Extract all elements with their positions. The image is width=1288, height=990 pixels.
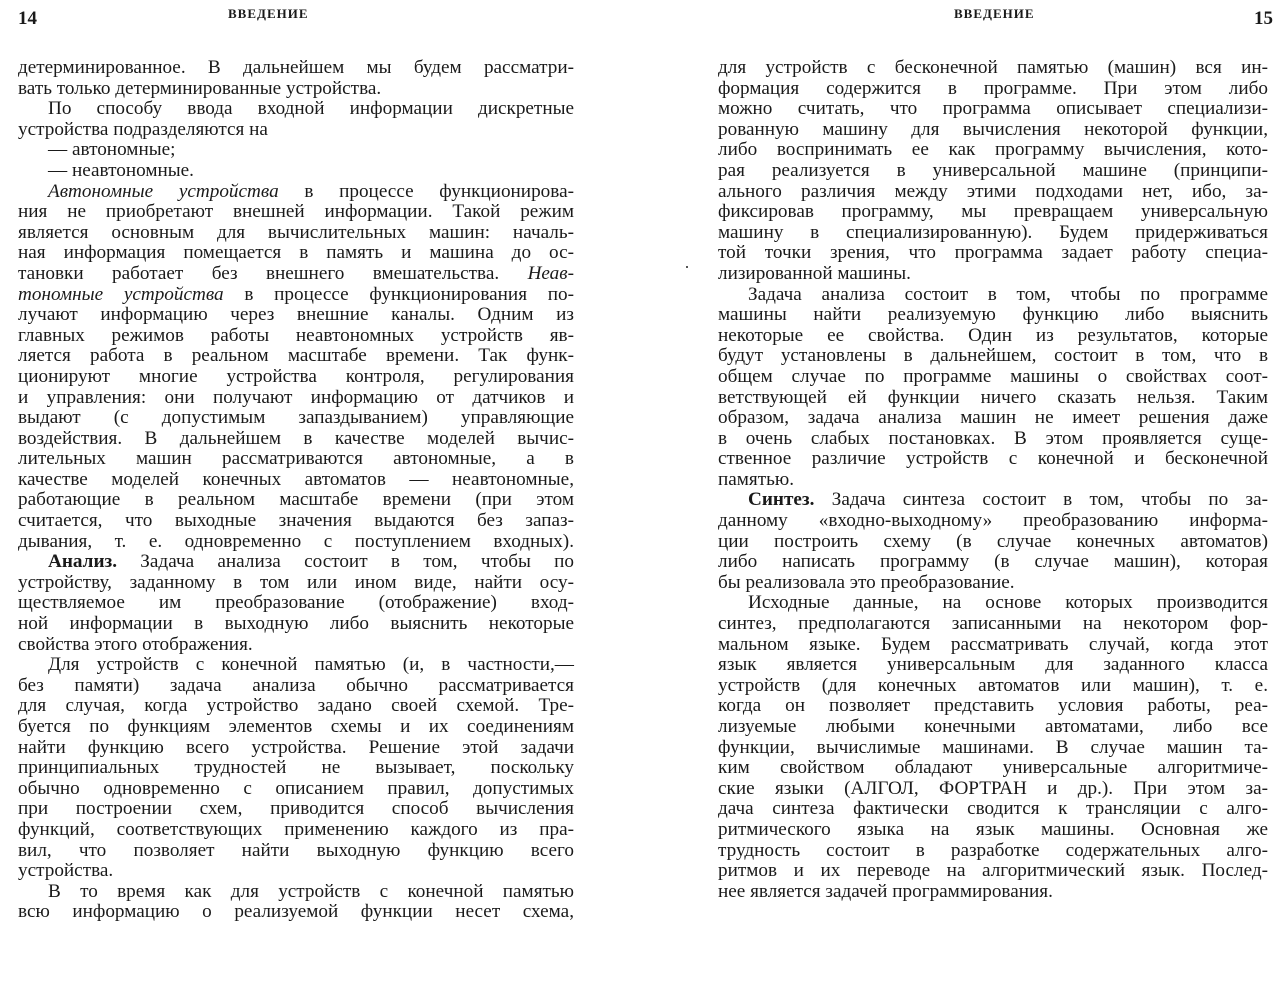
text-line: ритмов и их переводе на алгоритмический …: [718, 861, 1268, 882]
text-line: рая реализуется в универсальной машине (…: [718, 161, 1268, 182]
page-number: 14: [18, 8, 37, 30]
text-line: ские языки (АЛГОЛ, ФОРТРАН и др.). При э…: [718, 779, 1268, 800]
text-line: мальном языке. Будем рассматривать случа…: [718, 635, 1268, 656]
text-line: данному «входно-выходному» преобразовани…: [718, 511, 1268, 532]
text-line: Анализ. Задача анализа состоит в том, чт…: [18, 552, 574, 573]
text-line: общем случае по программе машины о свойс…: [718, 367, 1268, 388]
text-line: в очень слабых постановках. В этом прояв…: [718, 429, 1268, 450]
text-line: формация содержится в программе. При это…: [718, 79, 1268, 100]
text-line: образом, задача анализа машин не имеет р…: [718, 408, 1268, 429]
text-line: Синтез. Задача синтеза состоит в том, чт…: [718, 490, 1268, 511]
text-line: свойства этого отображения.: [18, 635, 574, 656]
text-line: либо воспринимать ее как программу вычис…: [718, 140, 1268, 161]
text-line: можно считать, что программа описывает с…: [718, 99, 1268, 120]
text-line: ритмического языка на язык машины. Основ…: [718, 820, 1268, 841]
text-line: ветствующей ей функции ничего сказать не…: [718, 388, 1268, 409]
text-line: По способу ввода входной информации диск…: [18, 99, 574, 120]
text-line: когда он позволяет представить условия р…: [718, 696, 1268, 717]
text-line: вать только детерминированные устройства…: [18, 79, 574, 100]
text-line: качестве моделей конечных автоматов — не…: [18, 470, 574, 491]
page-number: 15: [1254, 8, 1273, 30]
text-line: функции, вычислимые машинами. В случае м…: [718, 738, 1268, 759]
text-line: при построении схем, приводится способ в…: [18, 799, 574, 820]
text-line: бы реализовала это преобразование.: [718, 573, 1268, 594]
text-line: и управления: они получают информацию от…: [18, 388, 574, 409]
text-line: ляется работа в реальном масштабе времен…: [18, 346, 574, 367]
text-line: ции построить схему (в случае конечных а…: [718, 532, 1268, 553]
page-body: для устройств с бесконечной памятью (маш…: [718, 58, 1268, 902]
page-body: детерминированное. В дальнейшем мы будем…: [18, 58, 574, 923]
text-line: вил, что позволяет найти выходную функци…: [18, 841, 574, 862]
text-line: В то время как для устройств с конечной …: [18, 882, 574, 903]
text-line: главных режимов работы неавтономных устр…: [18, 326, 574, 347]
text-line: ния не приобретают внешней информации. Т…: [18, 202, 574, 223]
text-line: ственное различие устройств с конечной и…: [718, 449, 1268, 470]
text-line: функций, соответствующих применению кажд…: [18, 820, 574, 841]
text-line: той точки зрения, что программа задает р…: [718, 243, 1268, 264]
text-line: воздействия. В дальнейшем в качестве мод…: [18, 429, 574, 450]
text-line: тановки работает без внешнего вмешательс…: [18, 264, 574, 285]
text-line: Автономные устройства в процессе функцио…: [18, 182, 574, 203]
text-line: принципиальных трудностей не вызывает, п…: [18, 758, 574, 779]
text-line: лучают информацию через внешние каналы. …: [18, 305, 574, 326]
text-line: Для устройств с конечной памятью (и, в ч…: [18, 655, 574, 676]
text-line: некоторые ее свойства. Один из результат…: [718, 326, 1268, 347]
text-line: лительных машин рассматриваются автономн…: [18, 449, 574, 470]
text-line: трудность состоит в разработке содержате…: [718, 841, 1268, 862]
text-line: без памяти) задача анализа обычно рассма…: [18, 676, 574, 697]
text-line: — неавтономные.: [18, 161, 574, 182]
text-line: для устройств с бесконечной памятью (маш…: [718, 58, 1268, 79]
text-line: ществляемое им преобразование (отображен…: [18, 593, 574, 614]
text-line: ной информации в выходную либо выяснить …: [18, 614, 574, 635]
text-line: работающие в реальном масштабе времени (…: [18, 490, 574, 511]
running-head: ВВЕДЕНИЕ: [228, 6, 309, 22]
text-line: фиксировав программу, мы превращаем унив…: [718, 202, 1268, 223]
right-page: ВВЕДЕНИЕ 15 для устройств с бесконечной …: [690, 0, 1288, 990]
text-line: буется по функциям элементов схемы и их …: [18, 717, 574, 738]
text-line: рованную машину для вычисления некоторой…: [718, 120, 1268, 141]
text-line: машины найти реализуемую функцию либо вы…: [718, 305, 1268, 326]
text-line: Исходные данные, на основе которых произ…: [718, 593, 1268, 614]
text-line: ального различия между этими подходами н…: [718, 182, 1268, 203]
text-line: всю информацию о реализуемой функции нес…: [18, 902, 574, 923]
text-line: памятью.: [718, 470, 1268, 491]
text-line: язык является универсальным для заданног…: [718, 655, 1268, 676]
left-page: 14 ВВЕДЕНИЕ детерминированное. В дальней…: [0, 0, 600, 990]
text-line: Задача анализа состоит в том, чтобы по п…: [718, 285, 1268, 306]
text-line: выдают (с допустимым запаздыванием) упра…: [18, 408, 574, 429]
text-line: устройств (для конечных автоматов или ма…: [718, 676, 1268, 697]
text-line: ная информация помещается в память и маш…: [18, 243, 574, 264]
text-line: считается, что выходные значения выдаютс…: [18, 511, 574, 532]
text-line: детерминированное. В дальнейшем мы будем…: [18, 58, 574, 79]
text-line: является основным для вычислительных маш…: [18, 223, 574, 244]
text-line: — автономные;: [18, 140, 574, 161]
text-line: лизированной машины.: [718, 264, 1268, 285]
text-line: тономные устройства в процессе функциони…: [18, 285, 574, 306]
text-line: машину в специализированную). Будем прид…: [718, 223, 1268, 244]
text-line: устройству, заданному в том или ином вид…: [18, 573, 574, 594]
text-line: либо написать программу (в случае машин)…: [718, 552, 1268, 573]
text-line: нее является задачей программирования.: [718, 882, 1268, 903]
running-head: ВВЕДЕНИЕ: [954, 6, 1035, 22]
text-line: для случая, когда устройство задано свое…: [18, 696, 574, 717]
text-line: дывания, т. е. одновременно с поступлени…: [18, 532, 574, 553]
text-line: ким свойством обладают универсальные алг…: [718, 758, 1268, 779]
text-line: ционируют многие устройства контроля, ре…: [18, 367, 574, 388]
text-line: будут установлены в дальнейшем, состоит …: [718, 346, 1268, 367]
text-line: устройства подразделяются на: [18, 120, 574, 141]
text-line: устройства.: [18, 861, 574, 882]
text-line: дача синтеза фактически сводится к транс…: [718, 799, 1268, 820]
text-line: обычно одновременно с описанием правил, …: [18, 779, 574, 800]
scan-speck: [686, 266, 688, 268]
text-line: лизуемые любыми конечными автоматами, ли…: [718, 717, 1268, 738]
text-line: синтез, предполагаются записанными на не…: [718, 614, 1268, 635]
text-line: найти функцию всего устройства. Решение …: [18, 738, 574, 759]
